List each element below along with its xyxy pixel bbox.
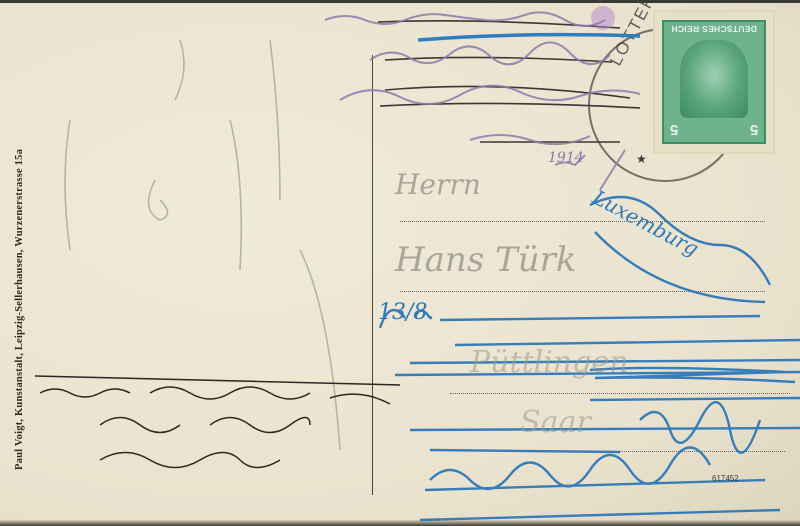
violet-year: 1914 [548,150,584,166]
address-herrn: Herrn [395,168,481,201]
address-name: Hans Türk [395,240,577,280]
blue-date: 13/8. [378,300,434,325]
address-town: Püttlingen [470,345,628,380]
address-region: Saar [520,405,591,440]
printed-serial-number: 617452 [712,474,739,483]
postcard-back: Paul Voigt, Kunstanstalt, Leipzig-Seller… [0,0,800,526]
